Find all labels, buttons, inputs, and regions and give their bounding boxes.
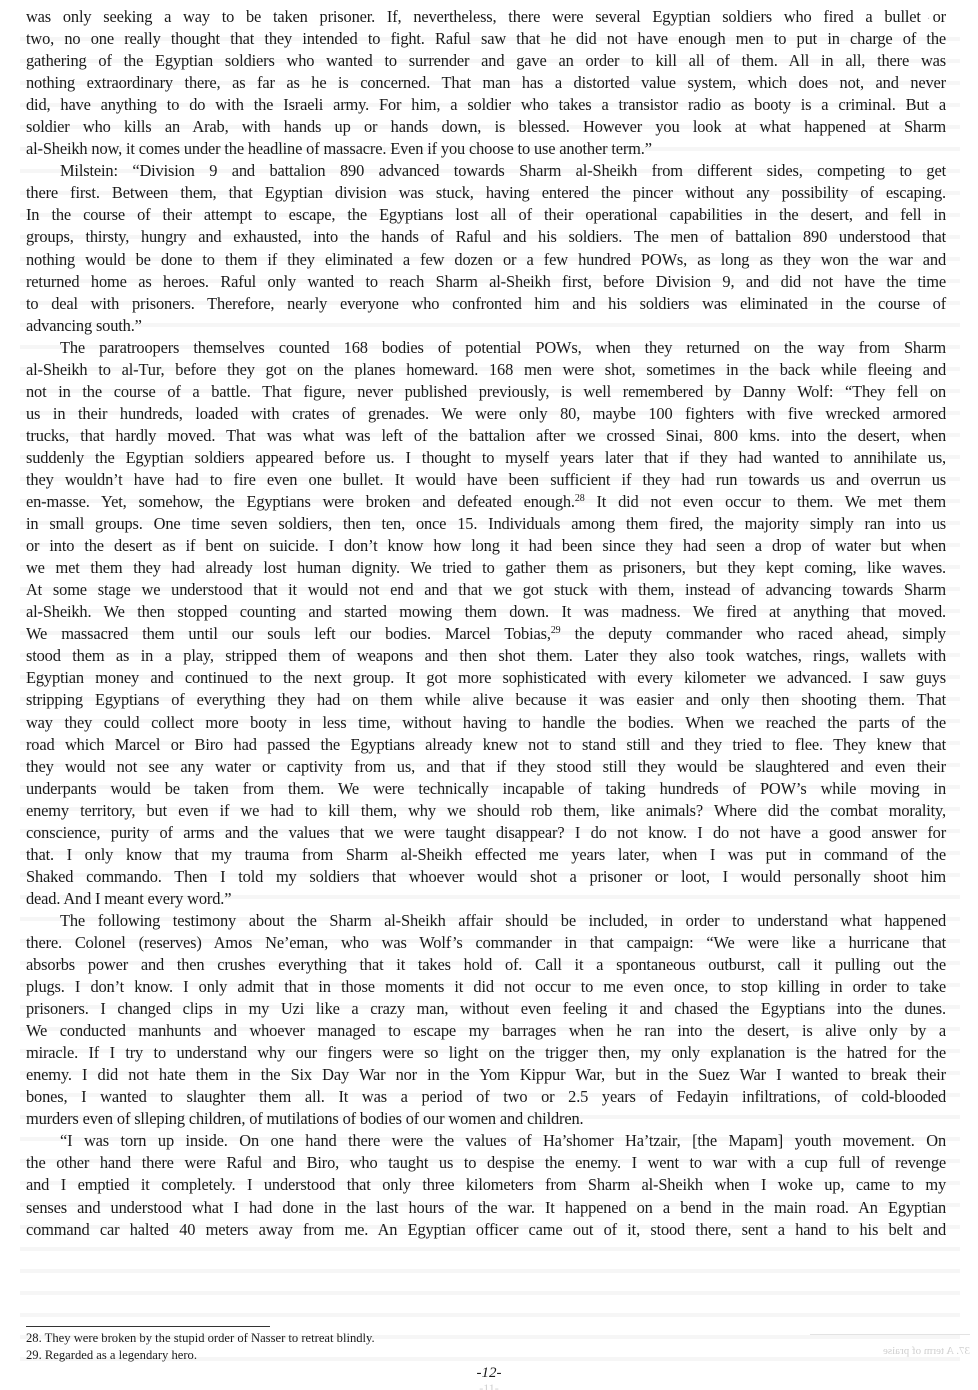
paragraph-4: The following testimony about the Sharm … [26, 910, 946, 1130]
paragraph-5: “I was torn up inside. On one hand there… [26, 1130, 946, 1240]
text-line: enemy territory, but even if we had to k… [26, 800, 946, 822]
text-line: or into the desert as if bent on suicide… [26, 535, 946, 557]
text-line: we met them they had already lost human … [26, 557, 946, 579]
text-line: road which Marcel or Biro had passed the… [26, 734, 946, 756]
footnote-ref-29[interactable]: 29 [551, 625, 561, 636]
footnote-ref-28[interactable]: 28 [575, 493, 585, 504]
footnote-divider [26, 1326, 270, 1327]
text-line: plugs. I don’t know. I only admit that i… [26, 976, 946, 998]
text-line: groups, thirsty, hungry and exhausted, i… [26, 226, 946, 248]
text-segment: the deputy commander who raced ahead, si… [561, 624, 946, 643]
text-line: murders even of slleping children, of mu… [26, 1108, 946, 1130]
text-line: command car halted 40 meters away from m… [26, 1219, 946, 1241]
page-number: -12- [0, 1365, 978, 1382]
text-line: underpants would be taken from them. We … [26, 778, 946, 800]
document-page: · · was only seeking a way to be taken p… [0, 0, 978, 1390]
bleed-through-page-number: -11- [0, 1381, 978, 1390]
text-line: there first. Between them, that Egyptian… [26, 182, 946, 204]
text-line: advancing south.” [26, 315, 946, 337]
text-line: nothing would be done to them if they el… [26, 249, 946, 271]
text-line: that. I only know that my trauma from Sh… [26, 844, 946, 866]
text-line: prisoners. I changed clips in my Uzi lik… [26, 998, 946, 1020]
footnote-28: 28. They were broken by the stupid order… [26, 1330, 375, 1347]
text-line: trucks, that hardly moved. That was what… [26, 425, 946, 447]
text-line: The following testimony about the Sharm … [26, 910, 946, 932]
text-segment: It did not even occur to them. We met th… [585, 492, 946, 511]
body-text: was only seeking a way to be taken priso… [26, 6, 946, 1241]
text-line: Shaked commando. Then I told my soldiers… [26, 866, 946, 888]
text-line: absorbs power and then crushes everythin… [26, 954, 946, 976]
footnote-29: 29. Regarded as a legendary hero. [26, 1347, 375, 1364]
text-line-with-footnote: We massacred them until our souls left o… [26, 623, 946, 645]
text-line: suddenly the Egyptian soldiers appeared … [26, 447, 946, 469]
text-line: was only seeking a way to be taken priso… [26, 6, 946, 28]
text-line: miracle. If I try to understand why our … [26, 1042, 946, 1064]
paragraph-1: was only seeking a way to be taken priso… [26, 6, 946, 160]
text-line: did, have anything to do with the Israel… [26, 94, 946, 116]
text-line: stripping Egyptians of everything they h… [26, 689, 946, 711]
text-line: in small groups. One time seven soldiers… [26, 513, 946, 535]
bleed-through-footnote: 37. A term of praise [810, 1334, 970, 1357]
text-line: returned home as heroes. Raful only want… [26, 271, 946, 293]
text-line: The paratroopers themselves counted 168 … [26, 337, 946, 359]
text-line: Egyptian money and continued to the next… [26, 667, 946, 689]
text-line: soldier who kills an Arab, with hands up… [26, 116, 946, 138]
text-line-with-footnote: en-masse. Yet, somehow, the Egyptians we… [26, 491, 946, 513]
text-line: not in the course of a battle. That figu… [26, 381, 946, 403]
text-line: dead. And I meant every word.” [26, 888, 946, 910]
text-line: they would not see any water or captivit… [26, 756, 946, 778]
text-line: to deal with prisoners. Therefore, nearl… [26, 293, 946, 315]
text-line: way they could collect more booty in les… [26, 712, 946, 734]
text-line: senses and understood what I had done in… [26, 1197, 946, 1219]
text-line: In the course of their attempt to escape… [26, 204, 946, 226]
text-line: We conducted manhunts and whoever manage… [26, 1020, 946, 1042]
text-line: stood them as in a play, stripped them o… [26, 645, 946, 667]
text-line: al-Sheikh to al-Tur, before they got on … [26, 359, 946, 381]
text-line: the other hand there were Raful and Biro… [26, 1152, 946, 1174]
text-line: “I was torn up inside. On one hand there… [26, 1130, 946, 1152]
text-line: and I emptied it completely. I understoo… [26, 1174, 946, 1196]
text-line: conscience, purity of arms and the value… [26, 822, 946, 844]
text-segment: en-masse. Yet, somehow, the Egyptians we… [26, 492, 575, 511]
text-line: al-Sheikh now, it comes under the headli… [26, 138, 946, 160]
text-line: there. Colonel (reserves) Amos Ne’eman, … [26, 932, 946, 954]
text-line: us in their hundreds, loaded with crates… [26, 403, 946, 425]
text-line: they wouldn’t have had to fire even one … [26, 469, 946, 491]
text-segment: We massacred them until our souls left o… [26, 624, 551, 643]
text-line: enemy. I did not hate them in the Six Da… [26, 1064, 946, 1086]
text-line: nothing extraordinary there, as far as h… [26, 72, 946, 94]
text-line: two, no one really thought that they int… [26, 28, 946, 50]
footnotes: 28. They were broken by the stupid order… [26, 1330, 375, 1364]
text-line: Milstein: “Division 9 and battalion 890 … [26, 160, 946, 182]
paragraph-3: The paratroopers themselves counted 168 … [26, 337, 946, 910]
text-line: gathering of the Egyptian soldiers who w… [26, 50, 946, 72]
paragraph-2: Milstein: “Division 9 and battalion 890 … [26, 160, 946, 336]
text-line: bones, I wanted to slaughter them all. I… [26, 1086, 946, 1108]
text-line: al-Sheikh. We then stopped counting and … [26, 601, 946, 623]
text-line: At some stage we understood that it woul… [26, 579, 946, 601]
